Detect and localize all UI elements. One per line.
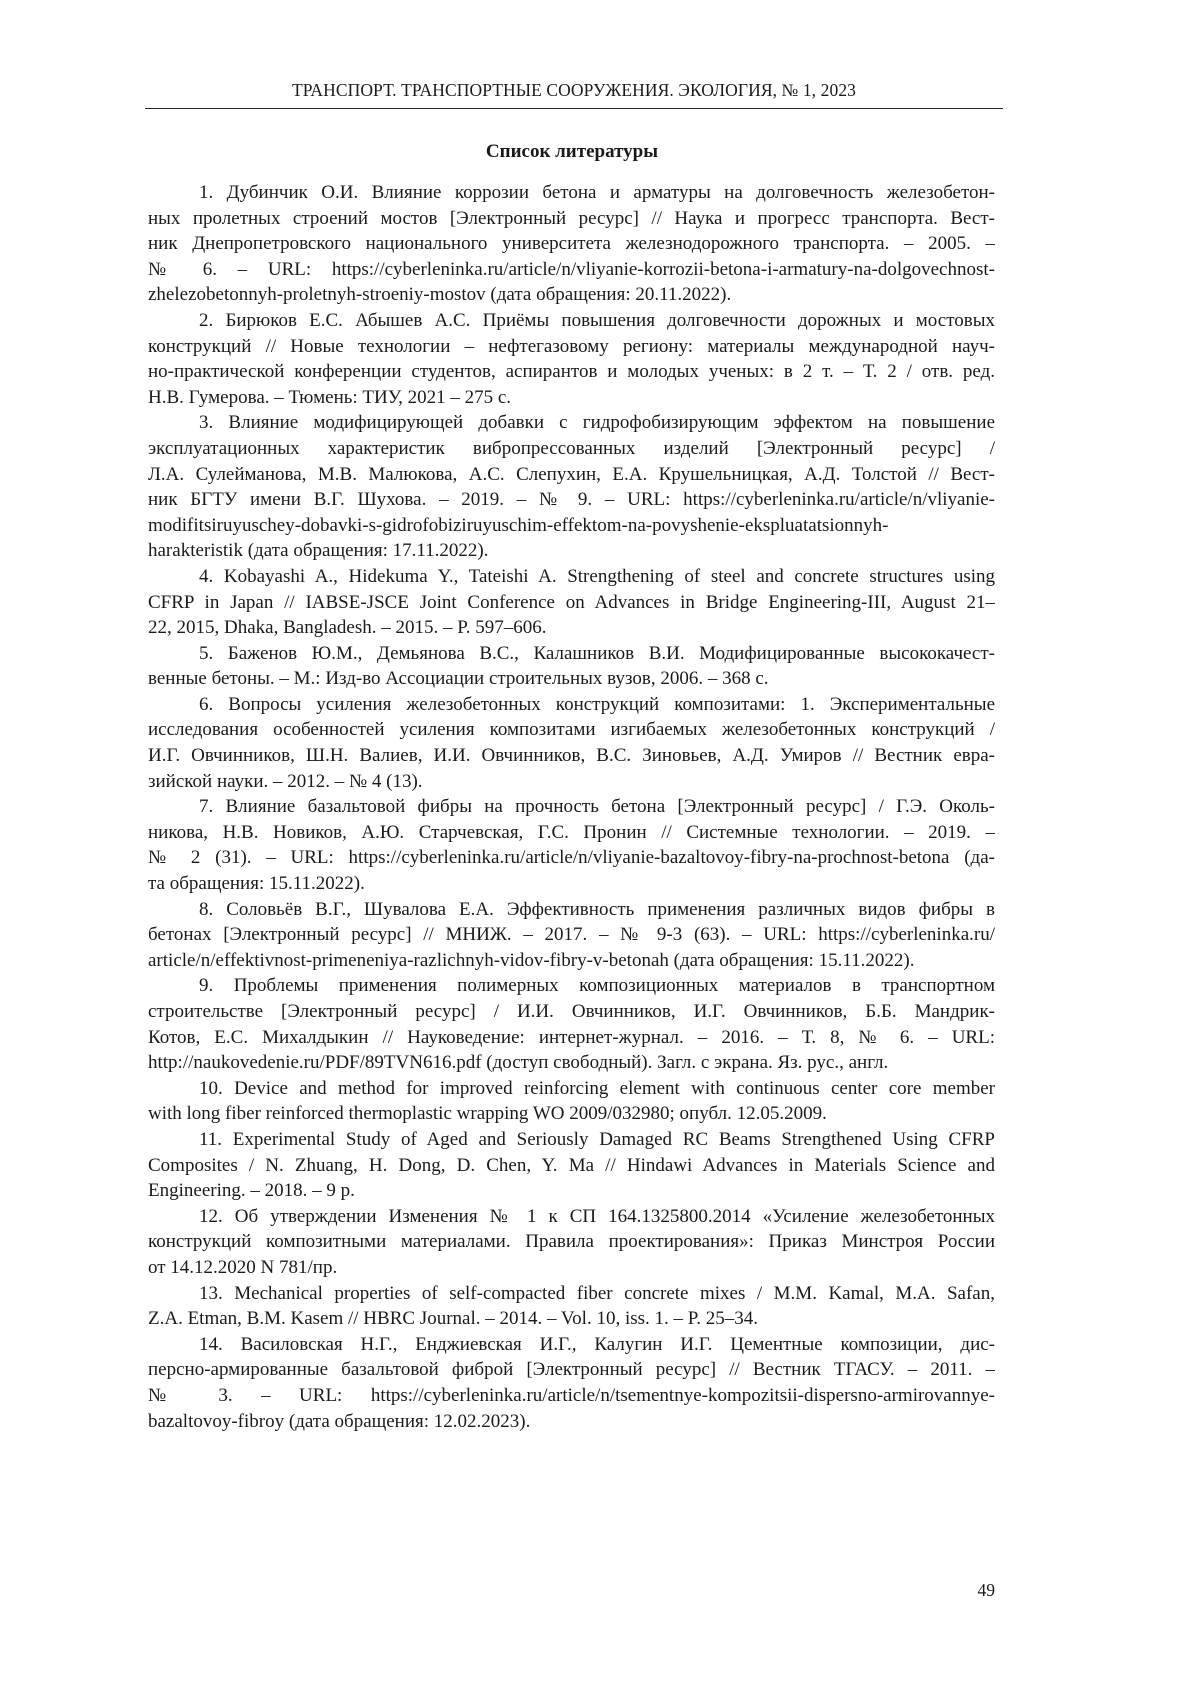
reference-line: 9. Проблемы применения полимерных композ… bbox=[148, 973, 995, 999]
reference-line: бетонах [Электронный ресурс] // МНИЖ. – … bbox=[148, 922, 995, 948]
reference-line: И.Г. Овчинников, Ш.Н. Валиев, И.И. Овчин… bbox=[148, 743, 995, 769]
reference-line: зийской науки. – 2012. – № 4 (13). bbox=[148, 769, 995, 795]
reference-line: 13. Mechanical properties of self-compac… bbox=[148, 1281, 995, 1307]
reference-item: 4. Kobayashi A., Hidekuma Y., Tateishi A… bbox=[148, 564, 995, 641]
reference-line: ник Днепропетровского национального унив… bbox=[148, 231, 995, 257]
reference-line: конструкций композитными материалами. Пр… bbox=[148, 1229, 995, 1255]
reference-line: эксплуатационных характеристик вибропрес… bbox=[148, 436, 995, 462]
reference-line: 1. Дубинчик О.И. Влияние коррозии бетона… bbox=[148, 180, 995, 206]
reference-line: 6. Вопросы усиления железобетонных конст… bbox=[148, 692, 995, 718]
reference-line: никова, Н.В. Новиков, А.Ю. Старчевская, … bbox=[148, 820, 995, 846]
reference-line: 2. Бирюков Е.С. Абышев А.С. Приёмы повыш… bbox=[148, 308, 995, 334]
reference-line: ных пролетных строений мостов [Электронн… bbox=[148, 206, 995, 232]
reference-item: 7. Влияние базальтовой фибры на прочност… bbox=[148, 794, 995, 896]
reference-item: 13. Mechanical properties of self-compac… bbox=[148, 1281, 995, 1332]
reference-line: Engineering. – 2018. – 9 p. bbox=[148, 1178, 995, 1204]
reference-line: article/n/effektivnost-primeneniya-razli… bbox=[148, 948, 995, 974]
header-divider bbox=[145, 108, 1003, 109]
reference-line: http://naukovedenie.ru/PDF/89TVN616.pdf … bbox=[148, 1050, 995, 1076]
reference-line: конструкций // Новые технологии – нефтег… bbox=[148, 334, 995, 360]
reference-item: 12. Об утверждении Изменения № 1 к СП 16… bbox=[148, 1204, 995, 1281]
reference-line: ник БГТУ имени В.Г. Шухова. – 2019. – № … bbox=[148, 487, 995, 513]
reference-line: персно-армированные базальтовой фиброй [… bbox=[148, 1357, 995, 1383]
reference-line: 4. Kobayashi A., Hidekuma Y., Tateishi A… bbox=[148, 564, 995, 590]
reference-line: Н.В. Гумерова. – Тюмень: ТИУ, 2021 – 275… bbox=[148, 385, 995, 411]
reference-line: 10. Device and method for improved reinf… bbox=[148, 1076, 995, 1102]
reference-item: 2. Бирюков Е.С. Абышев А.С. Приёмы повыш… bbox=[148, 308, 995, 410]
reference-line: от 14.12.2020 N 781/пр. bbox=[148, 1255, 995, 1281]
running-header: ТРАНСПОРТ. ТРАНСПОРТНЫЕ СООРУЖЕНИЯ. ЭКОЛ… bbox=[145, 80, 1003, 101]
reference-item: 8. Соловьёв В.Г., Шувалова Е.А. Эффектив… bbox=[148, 897, 995, 974]
reference-line: № 3. – URL: https://cyberleninka.ru/arti… bbox=[148, 1383, 995, 1409]
reference-item: 3. Влияние модифицирующей добавки с гидр… bbox=[148, 410, 995, 564]
reference-list: 1. Дубинчик О.И. Влияние коррозии бетона… bbox=[148, 180, 995, 1434]
reference-line: 12. Об утверждении Изменения № 1 к СП 16… bbox=[148, 1204, 995, 1230]
reference-line: 3. Влияние модифицирующей добавки с гидр… bbox=[148, 410, 995, 436]
reference-line: Z.A. Etman, B.M. Kasem // HBRC Journal. … bbox=[148, 1306, 995, 1332]
reference-item: 6. Вопросы усиления железобетонных конст… bbox=[148, 692, 995, 794]
reference-line: 22, 2015, Dhaka, Bangladesh. – 2015. – P… bbox=[148, 615, 995, 641]
reference-line: та обращения: 15.11.2022). bbox=[148, 871, 995, 897]
reference-item: 5. Баженов Ю.М., Демьянова В.С., Калашни… bbox=[148, 641, 995, 692]
reference-line: with long fiber reinforced thermoplastic… bbox=[148, 1101, 995, 1127]
reference-line: zhelezobetonnyh-proletnyh-stroeniy-mosto… bbox=[148, 282, 995, 308]
reference-line: № 6. – URL: https://cyberleninka.ru/arti… bbox=[148, 257, 995, 283]
reference-line: венные бетоны. – М.: Изд-во Ассоциации с… bbox=[148, 666, 995, 692]
reference-item: 11. Experimental Study of Aged and Serio… bbox=[148, 1127, 995, 1204]
reference-line: Л.А. Сулейманова, М.В. Малюкова, А.С. Сл… bbox=[148, 462, 995, 488]
page-number: 49 bbox=[955, 1580, 995, 1601]
reference-item: 9. Проблемы применения полимерных композ… bbox=[148, 973, 995, 1075]
reference-line: 7. Влияние базальтовой фибры на прочност… bbox=[148, 794, 995, 820]
reference-line: но-практической конференции студентов, а… bbox=[148, 359, 995, 385]
reference-line: Котов, Е.С. Михалдыкин // Науковедение: … bbox=[148, 1025, 995, 1051]
section-title: Список литературы bbox=[148, 141, 996, 163]
reference-line: harakteristik (дата обращения: 17.11.202… bbox=[148, 538, 995, 564]
reference-line: № 2 (31). – URL: https://cyberleninka.ru… bbox=[148, 845, 995, 871]
reference-line: 8. Соловьёв В.Г., Шувалова Е.А. Эффектив… bbox=[148, 897, 995, 923]
reference-line: 5. Баженов Ю.М., Демьянова В.С., Калашни… bbox=[148, 641, 995, 667]
reference-line: строительстве [Электронный ресурс] / И.И… bbox=[148, 999, 995, 1025]
reference-line: Composites / N. Zhuang, H. Dong, D. Chen… bbox=[148, 1153, 995, 1179]
reference-line: исследования особенностей усиления компо… bbox=[148, 717, 995, 743]
reference-line: modifitsiruyuschey-dobavki-s-gidrofobizi… bbox=[148, 513, 995, 539]
reference-item: 14. Василовская Н.Г., Енджиевская И.Г., … bbox=[148, 1332, 995, 1434]
reference-line: 14. Василовская Н.Г., Енджиевская И.Г., … bbox=[148, 1332, 995, 1358]
reference-item: 1. Дубинчик О.И. Влияние коррозии бетона… bbox=[148, 180, 995, 308]
reference-line: 11. Experimental Study of Aged and Serio… bbox=[148, 1127, 995, 1153]
reference-line: CFRP in Japan // IABSE-JSCE Joint Confer… bbox=[148, 590, 995, 616]
reference-item: 10. Device and method for improved reinf… bbox=[148, 1076, 995, 1127]
reference-line: bazaltovoy-fibroy (дата обращения: 12.02… bbox=[148, 1409, 995, 1435]
